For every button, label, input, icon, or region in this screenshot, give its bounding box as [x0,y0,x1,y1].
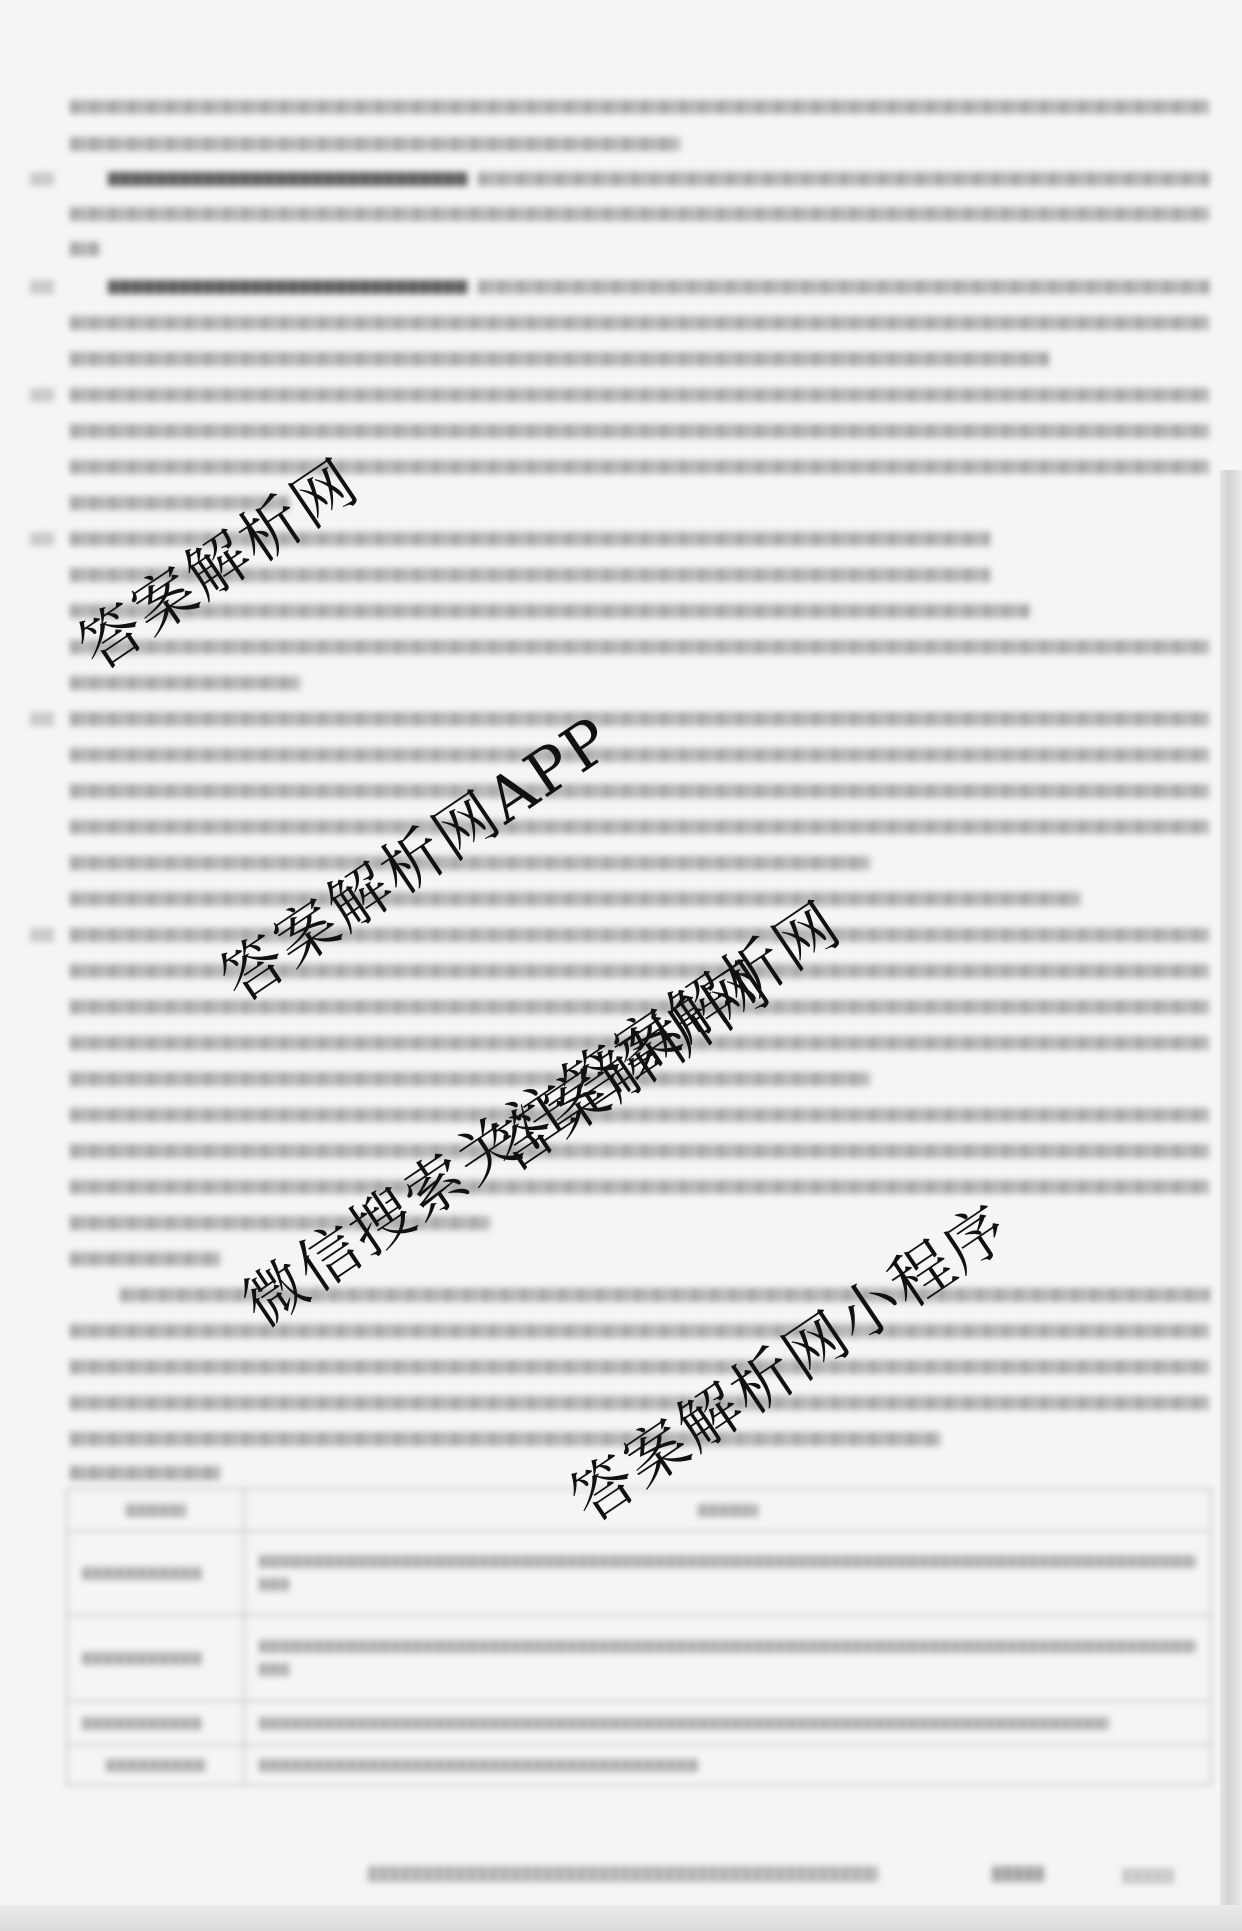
text-line [70,1072,870,1086]
footer-page-label [368,1866,878,1882]
question-number [30,388,54,402]
text-line [70,1432,940,1446]
text-line [70,424,1210,438]
page-edge-shadow [1220,470,1242,1931]
text-line [70,352,1050,366]
bold-lead [108,280,468,294]
text-line [70,892,1080,906]
text-line [70,1180,1210,1194]
text-line [70,100,1210,114]
text-line [70,137,680,151]
text-line [70,388,1210,402]
text-line [70,460,1210,474]
text-line [70,784,1210,798]
question-number [30,928,54,942]
text-line [70,820,1210,834]
document-page: 答案解析网 答案解析网APP 答案解析网 微信搜索关注答案解析网 答案解析网小程… [0,0,1242,1931]
footer-page-number [1122,1868,1174,1884]
question-number [30,712,54,726]
text-line [70,1360,1210,1374]
text-line [70,1252,220,1266]
text-line [70,1108,1210,1122]
question-number [30,280,54,294]
text-line [70,748,1210,762]
bold-lead [108,172,468,186]
page-edge-shadow-bottom [0,1905,1242,1931]
text-line [70,316,1210,330]
text-line [70,712,1210,726]
text-line [70,1144,1210,1158]
text-line [70,207,1210,221]
text-line [70,640,1210,654]
scoring-table [66,1488,1212,1786]
blurred-content [0,0,1242,1931]
text-line [70,242,100,256]
question-number [30,172,54,186]
text-line [70,1466,220,1480]
question-number [30,532,54,546]
footer-badge [992,1866,1044,1882]
text-line [478,172,1210,186]
text-line [478,280,1210,294]
text-line [70,1324,1210,1338]
